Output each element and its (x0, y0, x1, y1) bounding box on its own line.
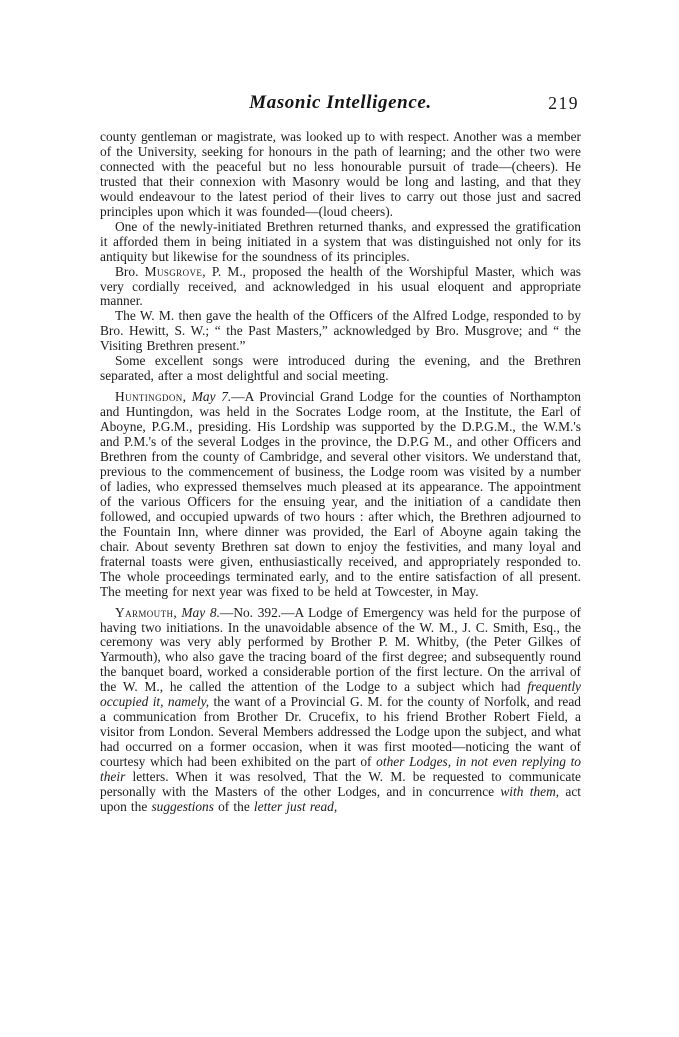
paragraph-continuation: county gentleman or magistrate, was look… (100, 130, 581, 220)
text-segment: , (183, 389, 192, 404)
paragraph-yarmouth: Yarmouth, May 8.—No. 392.—A Lodge of Eme… (100, 606, 581, 815)
paragraph-officers-toast: The W. M. then gave the health of the Of… (100, 309, 581, 354)
scanned-document-page: Masonic Intelligence. 219 county gentlem… (0, 0, 679, 1037)
running-header: Masonic Intelligence. 219 (100, 92, 581, 116)
page-number: 219 (548, 93, 579, 114)
text-segment: Some excellent songs were introduced dur… (100, 353, 581, 383)
italic-date: May 7. (192, 389, 232, 404)
italic-date: May 8. (181, 605, 220, 620)
paragraph-huntingdon: Huntingdon, May 7.—A Provincial Grand Lo… (100, 390, 581, 599)
paragraph-musgrove-toast: Bro. Musgrove, P. M., proposed the healt… (100, 265, 581, 310)
text-segment: One of the newly-initiated Brethren retu… (100, 219, 581, 264)
text-segment: —A Provincial Grand Lodge for the counti… (100, 389, 581, 598)
text-segment: The W. M. then gave the health of the Of… (100, 308, 581, 353)
small-caps-place: Huntingdon (115, 389, 183, 404)
small-caps-place: Yarmouth (115, 605, 173, 620)
article-body: county gentleman or magistrate, was look… (100, 130, 581, 815)
text-segment: Bro. (115, 264, 145, 279)
text-column: Masonic Intelligence. 219 county gentlem… (100, 92, 581, 815)
paragraph-thanks: One of the newly-initiated Brethren retu… (100, 220, 581, 265)
italic-phrase: letter just read, (254, 799, 337, 814)
paragraph-songs: Some excellent songs were introduced dur… (100, 354, 581, 384)
small-caps-name: Musgrove (145, 264, 203, 279)
text-segment: of the (214, 799, 254, 814)
italic-phrase: suggestions (151, 799, 214, 814)
running-title: Masonic Intelligence. (100, 92, 581, 114)
text-segment: county gentleman or magistrate, was look… (100, 129, 581, 219)
italic-phrase: with them, (500, 784, 559, 799)
